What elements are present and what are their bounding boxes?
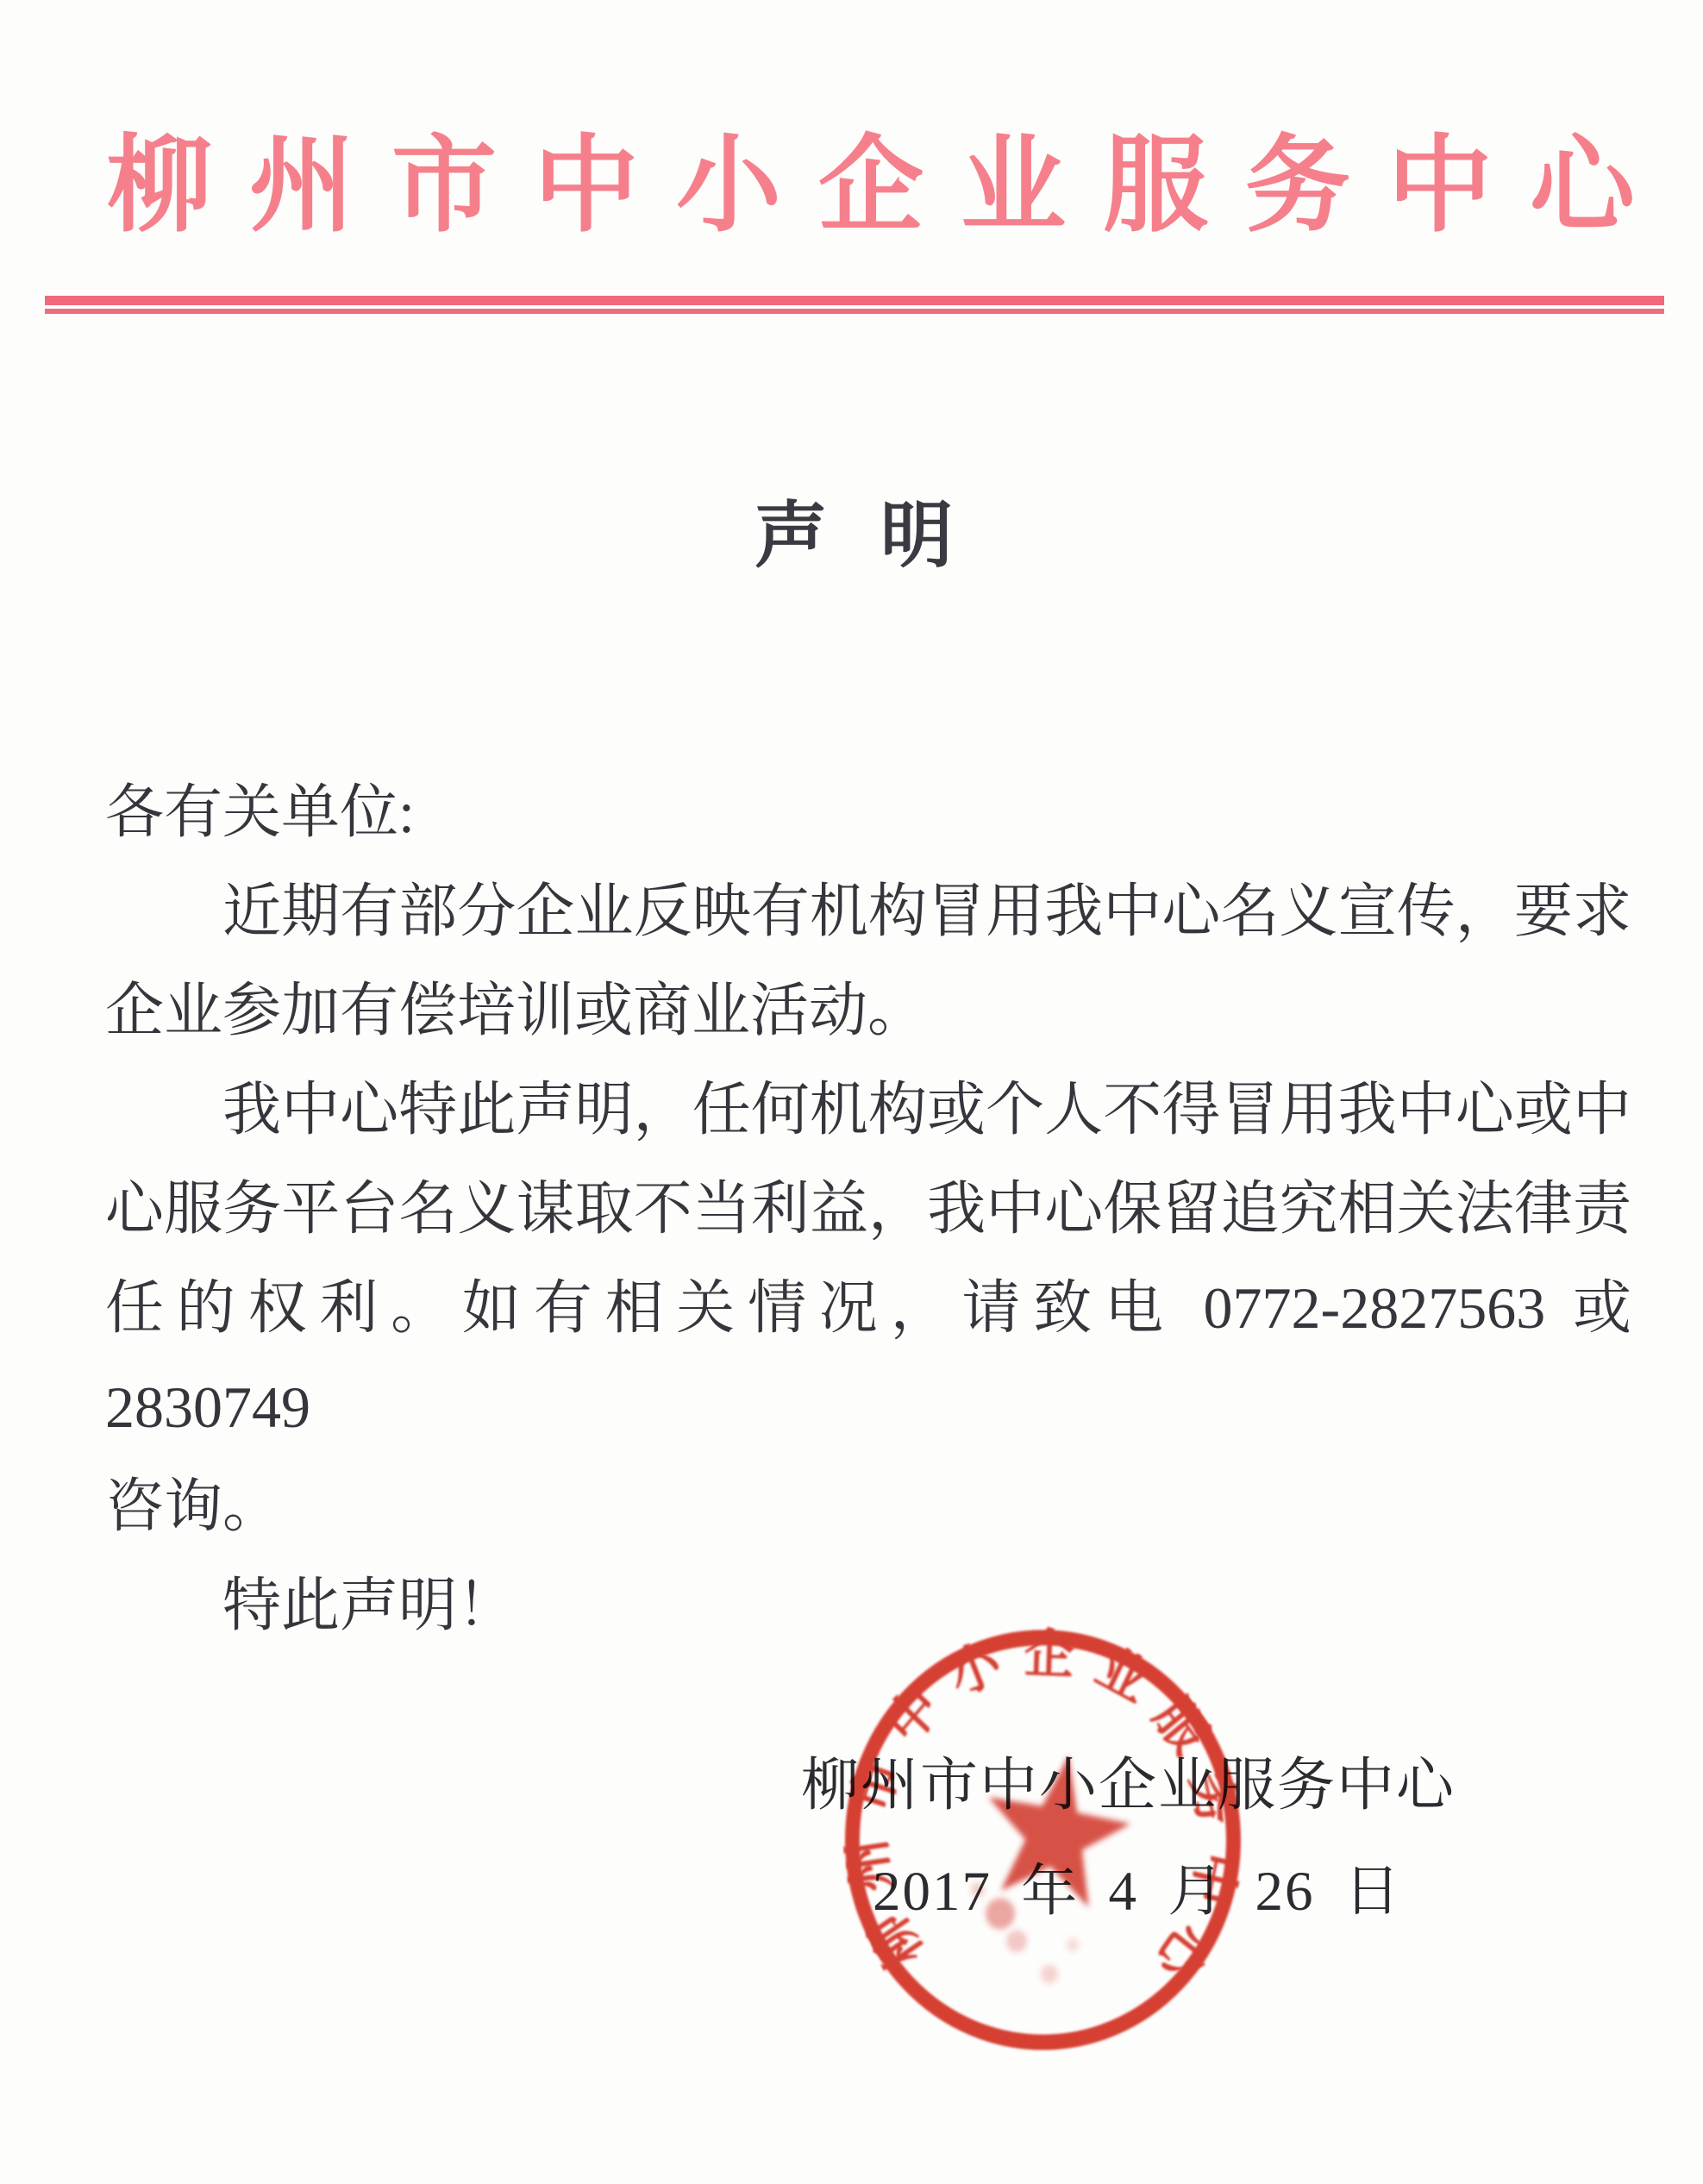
official-seal-graphic: 柳州市中小企业服务中心 — [840, 1624, 1246, 2056]
document-body: 各有关单位:近期有部分企业反映有机构冒用我中心名义宣传，要求企业参加有偿培训或商… — [105, 763, 1631, 1655]
document-page: 柳州市中小企业服务中心 声明 各有关单位:近期有部分企业反映有机构冒用我中心名义… — [0, 0, 1703, 2184]
seal-ink-blotches — [971, 1882, 1079, 1983]
body-line: 企业参加有偿培训或商业活动。 — [105, 961, 1631, 1061]
body-line: 近期有部分企业反映有机构冒用我中心名义宣传，要求 — [105, 862, 1631, 961]
letterhead-org-name: 柳州市中小企业服务中心 — [107, 129, 1672, 241]
body-line: 我中心特此声明，任何机构或个人不得冒用我中心或中 — [105, 1061, 1631, 1160]
document-title: 声明 — [754, 496, 1006, 579]
body-line: 任的权利。如有相关情况，请致电 0772-2827563 或 2830749 — [105, 1259, 1631, 1457]
body-line: 咨询。 — [105, 1457, 1631, 1556]
body-line: 心服务平台名义谋取不当利益，我中心保留追究相关法律责 — [105, 1160, 1631, 1259]
body-line: 各有关单位: — [105, 763, 1631, 862]
letterhead-rule-thick — [45, 296, 1664, 305]
official-seal: 柳州市中小企业服务中心 — [840, 1624, 1246, 2056]
star-icon — [988, 1755, 1130, 1907]
letterhead-rule-thin — [45, 309, 1664, 314]
